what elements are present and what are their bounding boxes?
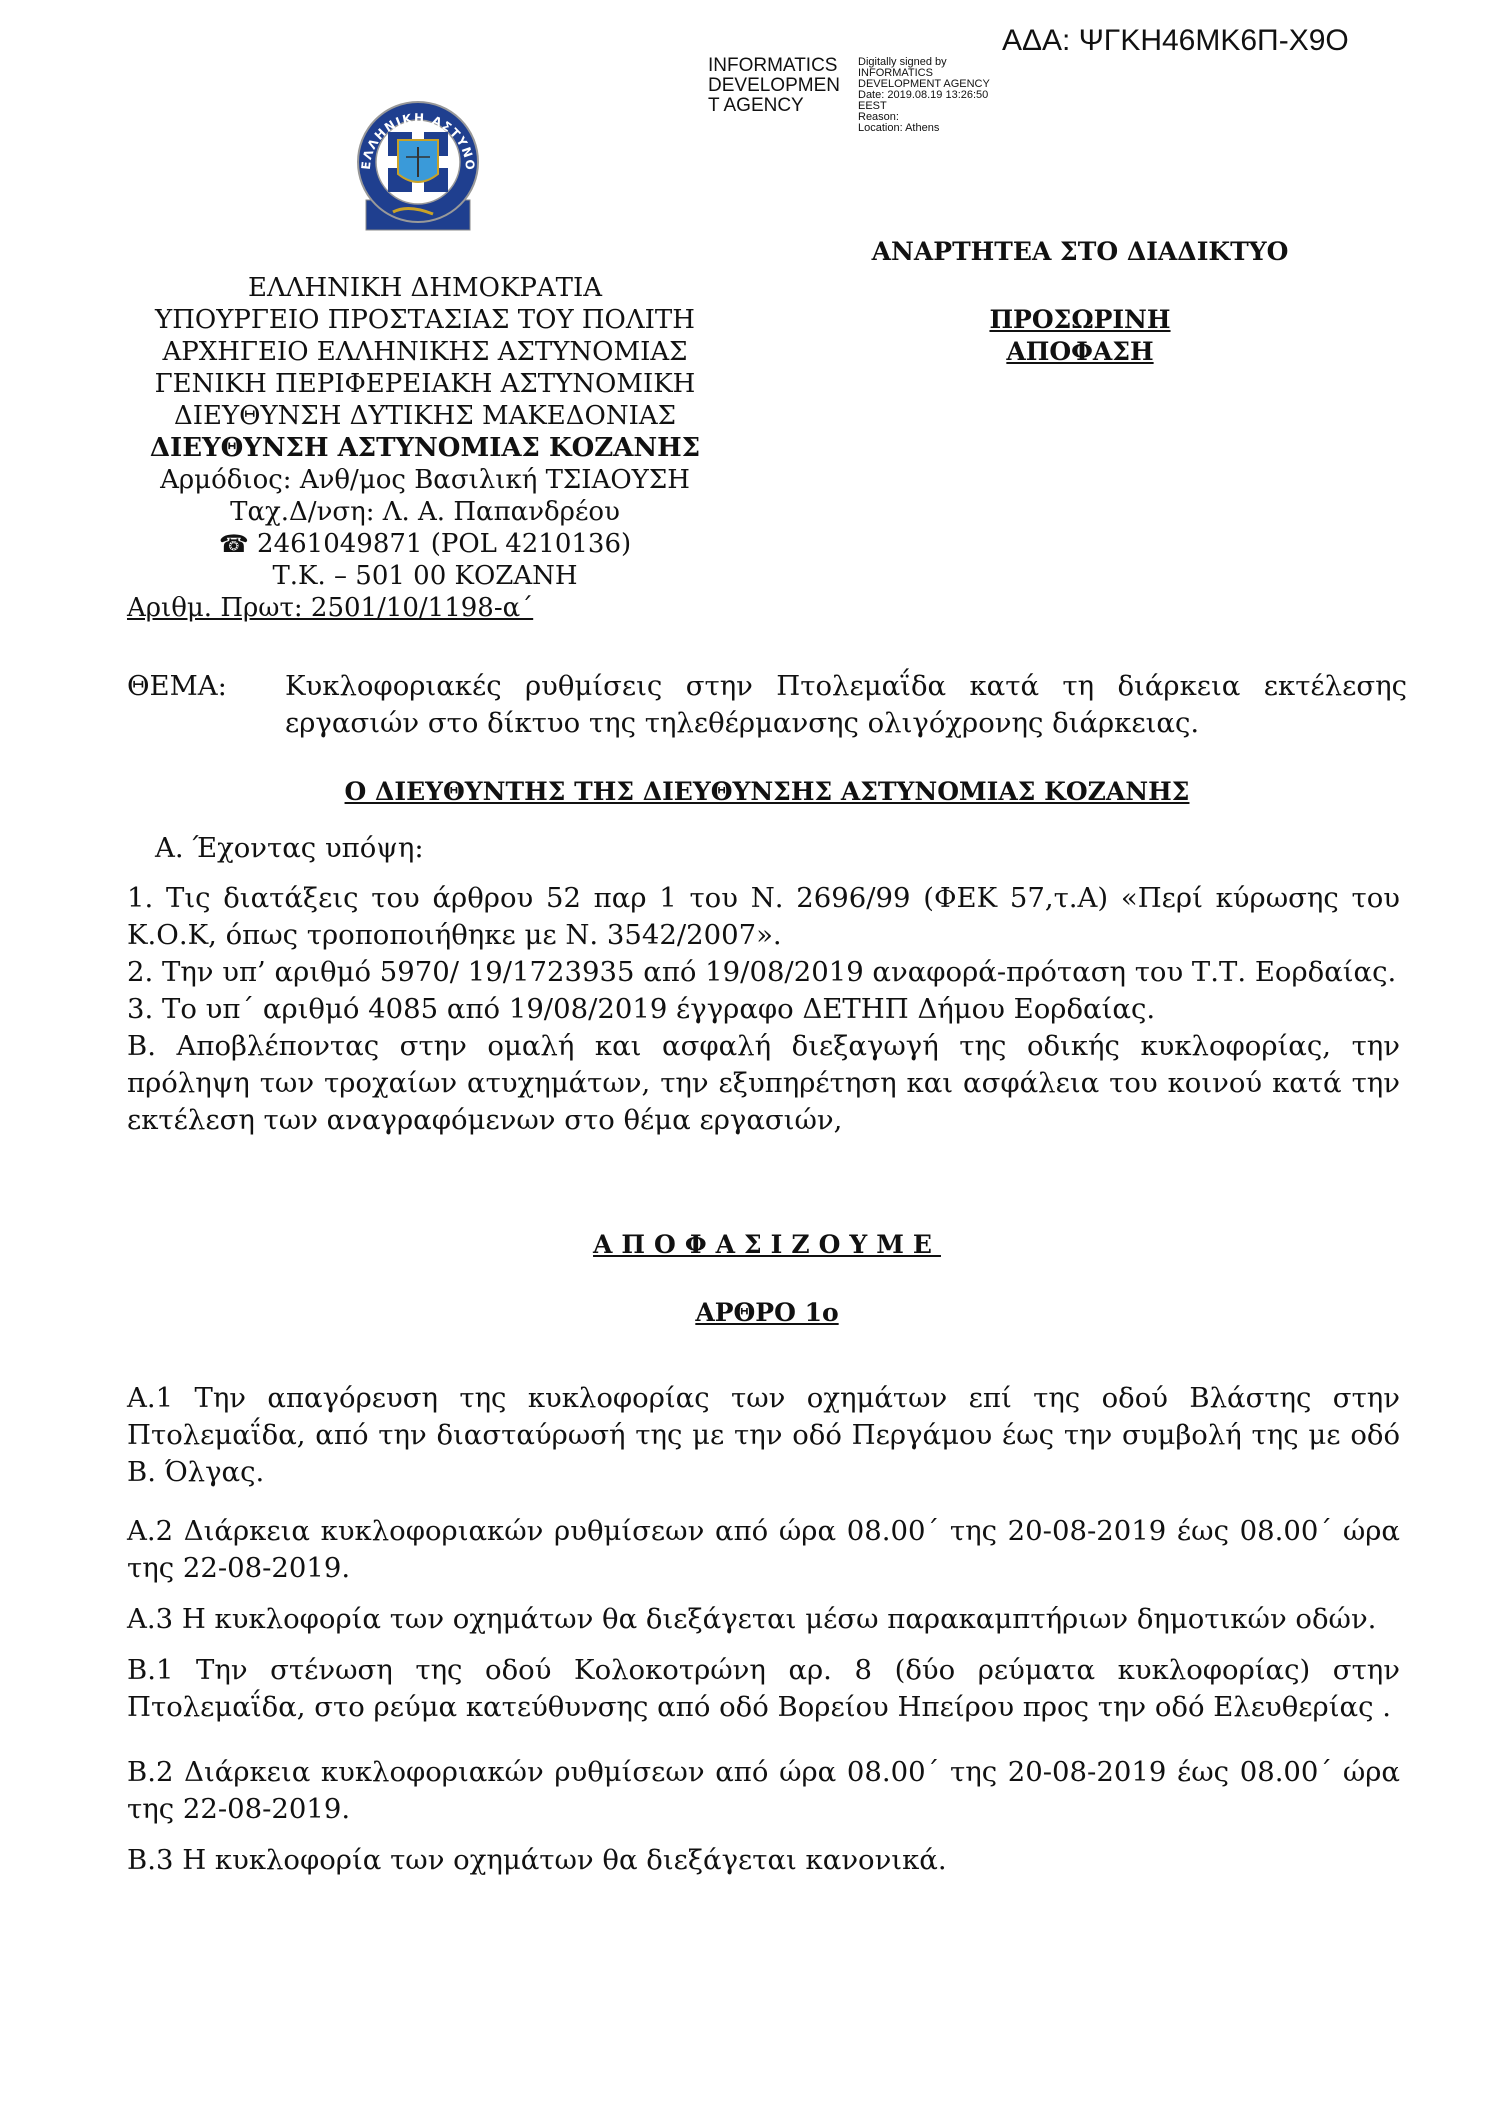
article-provisions: Α.1 Την απαγόρευση της κυκλοφορίας των ο… bbox=[127, 1380, 1400, 1879]
header-line: ΓΕΝΙΚΗ ΠΕΡΙΦΕΡΕΙΑΚΗ ΑΣΤΥΝΟΜΙΚΗ bbox=[100, 368, 750, 400]
provision-item: Β.1 Την στένωση της οδού Κολοκοτρώνη αρ.… bbox=[127, 1652, 1400, 1726]
provision-item: Β.2 Διάρκεια κυκλοφοριακών ρυθμίσεων από… bbox=[127, 1754, 1400, 1828]
postal-code: Τ.Κ. – 501 00 ΚΟΖΑΝΗ bbox=[100, 560, 750, 592]
issuing-authority-header: ΕΛΛΗΝΙΚΗ ΔΗΜΟΚΡΑΤΙΑ ΥΠΟΥΡΓΕΙΟ ΠΡΟΣΤΑΣΙΑΣ… bbox=[100, 272, 750, 624]
provision-item: Α.3 Η κυκλοφορία των οχημάτων θα διεξάγε… bbox=[127, 1601, 1400, 1638]
phone-line: ☎ 2461049871 (POL 4210136) bbox=[100, 528, 750, 560]
signer-line: DEVELOPMEN bbox=[708, 76, 840, 96]
provision-item: Α.2 Διάρκεια κυκλοφοριακών ρυθμίσεων από… bbox=[127, 1513, 1400, 1587]
header-line: ΔΙΕΥΘΥΝΣΗ ΔΥΤΙΚΗΣ ΜΑΚΕΔΟΝΙΑΣ bbox=[100, 400, 750, 432]
article-title: ΑΡΘΡΟ 1ο bbox=[127, 1298, 1407, 1327]
consideration-item: Β. Αποβλέποντας στην ομαλή και ασφαλή δι… bbox=[127, 1028, 1400, 1139]
hellenic-police-emblem-icon: ΕΛΛΗΝΙΚΗ ΑΣΤΥΝΟΜΙΑ bbox=[348, 92, 488, 234]
telephone-icon: ☎ bbox=[219, 530, 249, 558]
directorate-name: ΔΙΕΥΘΥΝΣΗ ΑΣΤΥΝΟΜΙΑΣ ΚΟΖΑΝΗΣ bbox=[100, 432, 750, 464]
signer-line: T AGENCY bbox=[708, 96, 840, 116]
subject-label: ΘΕΜΑ: bbox=[127, 668, 227, 705]
header-line: ΕΛΛΗΝΙΚΗ ΔΗΜΟΚΡΑΤΙΑ bbox=[100, 272, 750, 304]
ada-code: ΑΔΑ: ΨΓΚΗ46ΜΚ6Π-Χ9Ο bbox=[1002, 24, 1349, 58]
decision-type-line: ΑΠΟΦΑΣΗ bbox=[820, 336, 1340, 368]
signer-line: INFORMATICS bbox=[708, 56, 840, 76]
document-type-header: ΑΝΑΡΤΗΤΕΑ ΣΤΟ ΔΙΑΔΙΚΤΥΟ ΠΡΟΣΩΡΙΝΗ ΑΠΟΦΑΣ… bbox=[820, 236, 1340, 368]
digital-signature-details: Digitally signed by INFORMATICS DEVELOPM… bbox=[858, 57, 990, 134]
provision-item: Α.1 Την απαγόρευση της κυκλοφορίας των ο… bbox=[127, 1380, 1400, 1491]
subject-block: ΘΕΜΑ: Κυκλοφοριακές ρυθμίσεις στην Πτολε… bbox=[127, 668, 1407, 742]
consideration-item: 3. Το υπ΄ αριθμό 4085 από 19/08/2019 έγγ… bbox=[127, 991, 1400, 1028]
signature-detail: Location: Athens bbox=[858, 123, 990, 134]
consideration-item: 1. Τις διατάξεις του άρθρου 52 παρ 1 του… bbox=[127, 880, 1400, 954]
posting-notice: ΑΝΑΡΤΗΤΕΑ ΣΤΟ ΔΙΑΔΙΚΤΥΟ bbox=[820, 236, 1340, 268]
protocol-number: Αριθμ. Πρωτ: 2501/10/1198-α΄ bbox=[100, 592, 750, 624]
digital-signature-signer: INFORMATICS DEVELOPMEN T AGENCY bbox=[708, 56, 840, 116]
header-line: ΥΠΟΥΡΓΕΙΟ ΠΡΟΣΤΑΣΙΑΣ ΤΟΥ ΠΟΛΙΤΗ bbox=[100, 304, 750, 336]
considering-heading: Α. Έχοντας υπόψη: bbox=[155, 830, 424, 867]
phone-number: 2461049871 (POL 4210136) bbox=[257, 529, 631, 559]
postal-address: Ταχ.Δ/νση: Λ. Α. Παπανδρέου bbox=[100, 496, 750, 528]
decide-heading: ΑΠΟΦΑΣΙΖΟΥΜΕ bbox=[127, 1230, 1407, 1259]
header-line: ΑΡΧΗΓΕΙΟ ΕΛΛΗΝΙΚΗΣ ΑΣΤΥΝΟΜΙΑΣ bbox=[100, 336, 750, 368]
director-heading: Ο ΔΙΕΥΘΥΝΤΗΣ ΤΗΣ ΔΙΕΥΘΥΝΣΗΣ ΑΣΤΥΝΟΜΙΑΣ Κ… bbox=[127, 777, 1407, 806]
considerations-list: 1. Τις διατάξεις του άρθρου 52 παρ 1 του… bbox=[127, 880, 1400, 1139]
responsible-officer: Αρμόδιος: Ανθ/μος Βασιλική ΤΣΙΑΟΥΣΗ bbox=[100, 464, 750, 496]
decision-type: ΠΡΟΣΩΡΙΝΗ ΑΠΟΦΑΣΗ bbox=[820, 304, 1340, 368]
provision-item: Β.3 Η κυκλοφορία των οχημάτων θα διεξάγε… bbox=[127, 1842, 1400, 1879]
decision-type-line: ΠΡΟΣΩΡΙΝΗ bbox=[820, 304, 1340, 336]
subject-text: Κυκλοφοριακές ρυθμίσεις στην Πτολεμαΐδα … bbox=[285, 668, 1407, 742]
consideration-item: 2. Την υπ’ αριθμό 5970/ 19/1723935 από 1… bbox=[127, 954, 1400, 991]
